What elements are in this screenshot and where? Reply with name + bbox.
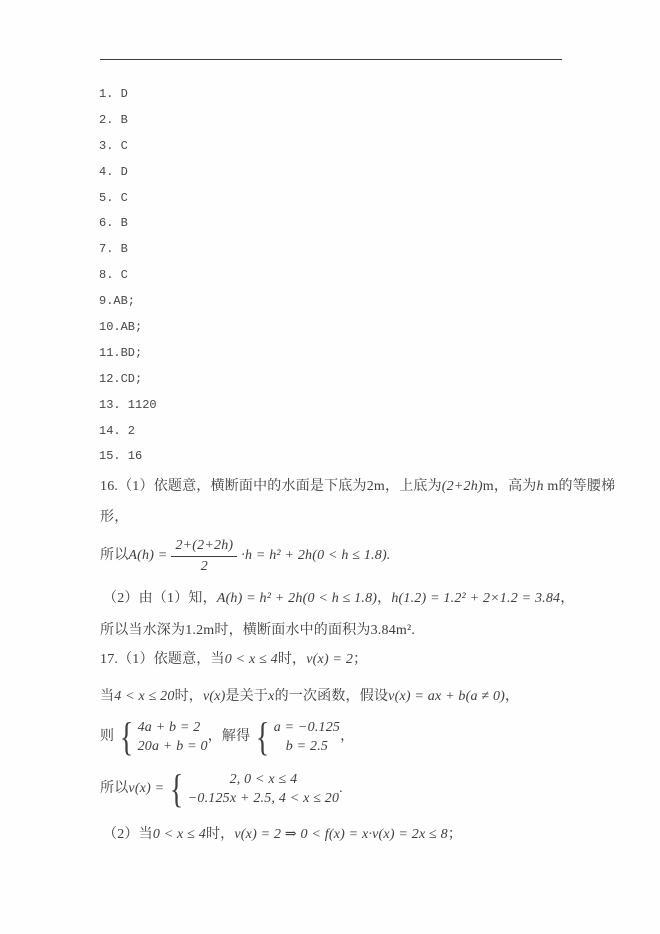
system-suffix: ， [340, 727, 354, 747]
formula-rhs: ·h = h² + 2h(0 < h ≤ 1.8). [241, 546, 390, 566]
system2-solution1: a = −0.125 [274, 718, 340, 737]
text-run: （2）当 [103, 827, 153, 842]
answer-line: 13. 1120 [99, 393, 157, 419]
text-run: m的等腰梯 [544, 479, 616, 494]
fraction-numerator: 2+(2+2h) [171, 538, 237, 557]
answer-line: 8. C [99, 263, 157, 289]
answer-line: 7. B [99, 237, 157, 263]
answer-line: 12.CD; [99, 367, 157, 393]
system-prefix: 则 [100, 727, 114, 747]
text-run: 4 < x ≤ 20 [114, 689, 174, 704]
text-run: 形， [100, 510, 128, 525]
text-run: 0 < x ≤ 4 [153, 827, 206, 842]
answer-line: 11.BD; [99, 341, 157, 367]
answer-list: 1. D 2. B 3. C 4. D 5. C 6. B 7. B 8. C … [99, 82, 157, 470]
text-run: m，高为 [483, 479, 537, 494]
solution16-paragraph1-line1: 16.（1）依题意，横断面中的水面是下底为2m，上底为(2+2h)m，高为h m… [100, 477, 615, 497]
text-run: （2）由（1）知， [103, 591, 217, 606]
text-run: ； [448, 827, 462, 842]
formula-prefix: 所以 [100, 546, 128, 566]
text-run: 16.（1）依题意，横断面中的水面是下底为2m，上底为 [100, 479, 442, 494]
answer-line: 5. C [99, 186, 157, 212]
text-run: ， [505, 689, 519, 704]
text-run: h [536, 479, 543, 494]
text-run: 是关于 [226, 689, 269, 704]
solution16-paragraph1-line2: 形， [100, 508, 128, 528]
left-brace-icon: { [120, 717, 134, 757]
text-run: ； [353, 652, 367, 667]
text-run: v(x) = ax + b(a ≠ 0) [388, 689, 505, 704]
solution17-part1-line1: 17.（1）依题意，当0 < x ≤ 4时，v(x) = 2； [100, 650, 367, 670]
left-brace-icon: { [256, 717, 270, 757]
text-run: 时， [175, 689, 203, 704]
text-run: (2+2h) [442, 479, 483, 494]
answer-line: 15. 16 [99, 444, 157, 470]
answer-line: 6. B [99, 211, 157, 237]
piecewise-prefix: 所以 [100, 779, 128, 799]
solution17-part2-line1: （2）当0 < x ≤ 4时，v(x) = 2 ⇒ 0 < f(x) = x·v… [103, 825, 462, 845]
piecewise-rows: 2, 0 < x ≤ 4 −0.125x + 2.5, 4 < x ≤ 20 [188, 770, 339, 808]
text-run: h(1.2) = 1.2² + 2×1.2 = 3.84 [391, 591, 560, 606]
text-run: 时， [206, 827, 234, 842]
fraction-denominator: 2 [171, 557, 237, 575]
system1-equation2: 20a + b = 0 [138, 737, 208, 756]
piecewise-case2: −0.125x + 2.5, 4 < x ≤ 20 [188, 789, 339, 808]
answer-line: 3. C [99, 134, 157, 160]
text-run: 时， [278, 652, 306, 667]
text-run: v(x) = 2 [306, 652, 353, 667]
solution16-part2-line2: 所以当水深为1.2m时，横断面水中的面积为3.84m². [100, 621, 415, 641]
piecewise-case1: 2, 0 < x ≤ 4 [230, 770, 298, 789]
system1-equation1: 4a + b = 2 [138, 718, 201, 737]
answer-line: 2. B [99, 108, 157, 134]
solution17-equation-system: 则 { 4a + b = 2 20a + b = 0 ，解得 { a = −0.… [100, 713, 354, 761]
text-run: v(x) [203, 689, 226, 704]
fraction: 2+(2+2h) 2 [171, 538, 237, 575]
formula-lhs: A(h) = [128, 546, 167, 566]
system1-rows: 4a + b = 2 20a + b = 0 [138, 718, 208, 756]
solution17-part1-line2: 当4 < x ≤ 20时，v(x)是关于x的一次函数，假设v(x) = ax +… [100, 687, 519, 707]
piecewise-lhs: v(x) = [128, 779, 164, 799]
answer-line: 4. D [99, 160, 157, 186]
solution16-area-formula: 所以 A(h) = 2+(2+2h) 2 ·h = h² + 2h(0 < h … [100, 533, 391, 579]
text-run: 0 < x ≤ 4 [225, 652, 278, 667]
text-run: 的一次函数，假设 [275, 689, 389, 704]
text-run: 当 [100, 689, 114, 704]
answer-line: 9.AB; [99, 289, 157, 315]
solution17-piecewise-function: 所以 v(x) = { 2, 0 < x ≤ 4 −0.125x + 2.5, … [100, 766, 343, 812]
text-run: ， [377, 591, 391, 606]
text-run: A(h) = h² + 2h(0 < h ≤ 1.8) [217, 591, 377, 606]
answer-line: 10.AB; [99, 315, 157, 341]
text-run: 17.（1）依题意，当 [100, 652, 225, 667]
left-brace-icon: { [170, 769, 184, 809]
text-run: ， [560, 591, 574, 606]
solution16-part2-line1: （2）由（1）知，A(h) = h² + 2h(0 < h ≤ 1.8)，h(1… [103, 589, 574, 609]
answer-key-document: 1. D 2. B 3. C 4. D 5. C 6. B 7. B 8. C … [0, 0, 660, 934]
system2-rows: a = −0.125 b = 2.5 [274, 718, 340, 756]
system-mid-text: ，解得 [208, 727, 251, 747]
piecewise-suffix: . [339, 779, 343, 799]
header-rule [100, 59, 562, 60]
text-run: 所以当水深为1.2m时，横断面水中的面积为3.84m². [100, 623, 415, 638]
system2-solution2: b = 2.5 [286, 737, 328, 756]
answer-line: 14. 2 [99, 419, 157, 445]
answer-line: 1. D [99, 82, 157, 108]
text-run: v(x) = 2 ⇒ 0 < f(x) = x·v(x) = 2x ≤ 8 [234, 827, 447, 842]
